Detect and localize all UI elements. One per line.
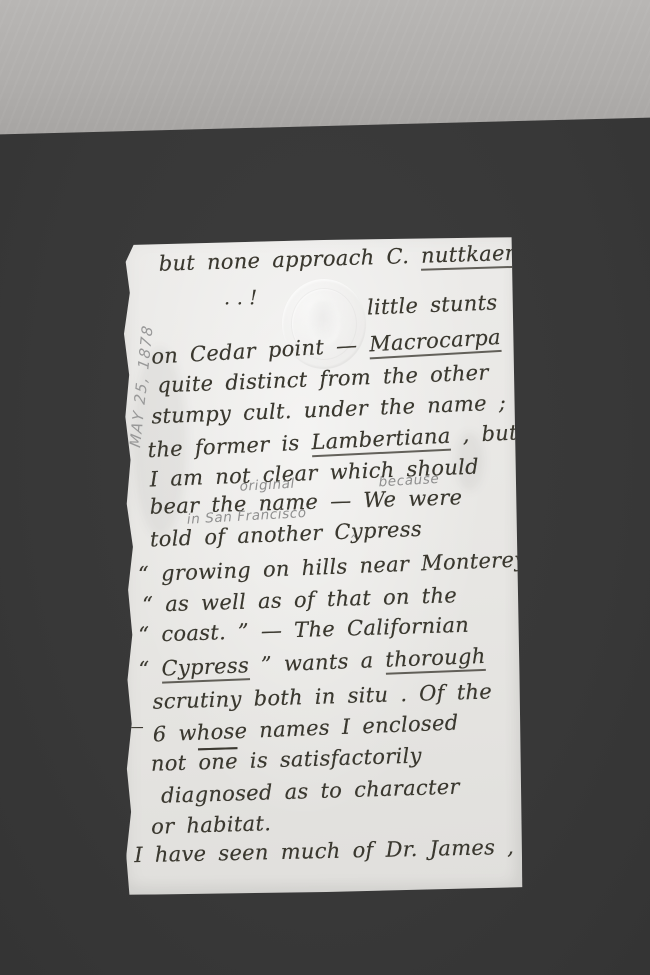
desk-surface <box>0 0 650 140</box>
letter-line: scrutiny both in situ . Of the <box>152 678 537 714</box>
margin-dash: — <box>128 717 144 736</box>
letter-line: “ as well as of that on the <box>142 581 527 617</box>
letter-line: “ coast. ” — The Californian <box>138 611 523 647</box>
letter-line: “ growing on hills near Monterey , <box>138 547 523 586</box>
letter-line: 6 whose names I enclosed <box>152 707 537 746</box>
letter-photograph: but none approach C. nuttkaensis . . . !… <box>0 0 650 975</box>
letter-line: but none approach C. nuttkaensis . <box>158 240 543 276</box>
letter-line: little stunts <box>367 280 650 319</box>
letter-line: I have seen much of Dr. James , <box>134 835 518 867</box>
letter-line: or habitat. <box>151 803 536 839</box>
letter-paper: but none approach C. nuttkaensis . . . !… <box>124 236 523 895</box>
letter-line: not one is satisfactorily <box>151 740 536 776</box>
letter-line: diagnosed as to character <box>161 772 546 808</box>
stray-ink-mark: . . ! <box>224 285 258 309</box>
letter-line: “ Cypress ” wants a thorough <box>138 642 523 681</box>
desk-surface-texture <box>0 0 650 140</box>
